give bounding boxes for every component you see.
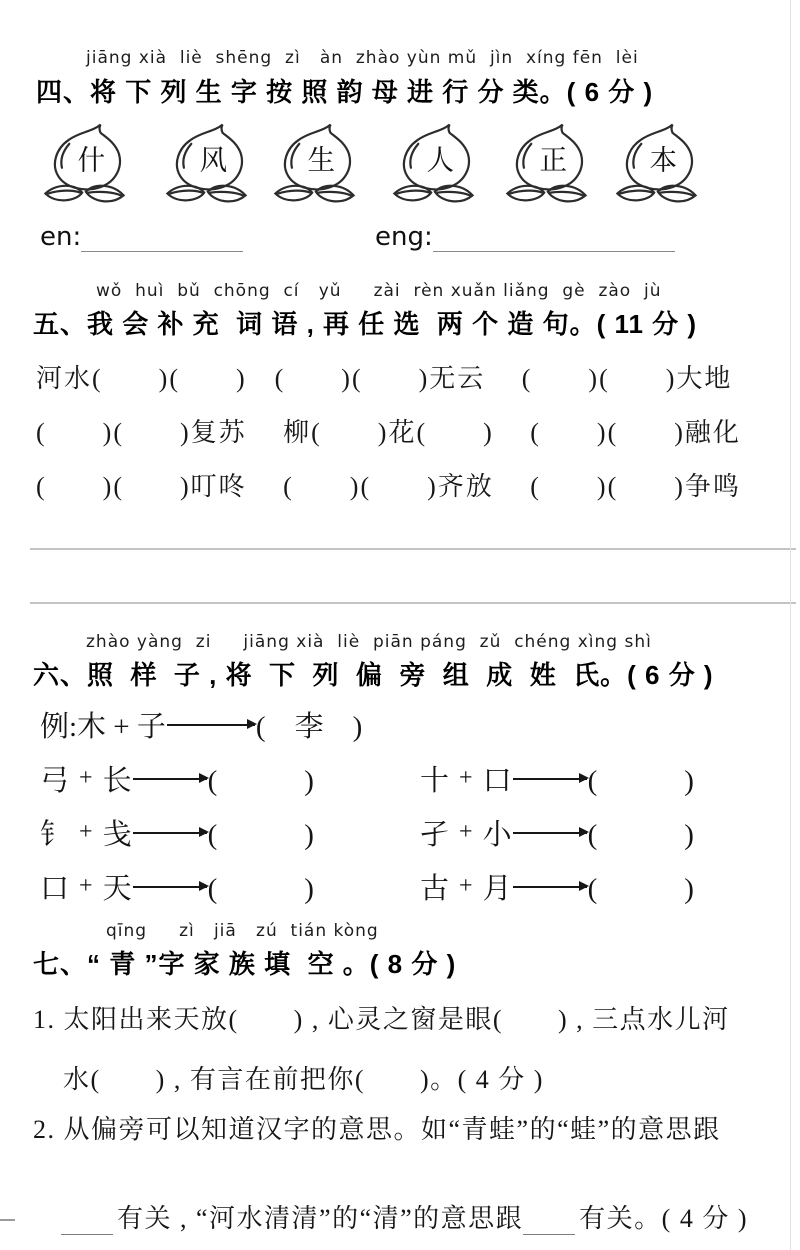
combo-item: 十+口( ) [420, 758, 694, 799]
eng-answer-row: eng: [375, 222, 675, 252]
arrow-icon [513, 778, 587, 780]
peach-row: 什 风 生 人 [0, 117, 800, 217]
arrow-icon [513, 886, 587, 888]
section5-row1: 河水( )( ) ( )( )无云 ( )( )大地 [36, 358, 732, 395]
arrow-icon [133, 832, 207, 834]
q7-item2-line2-end: 有关。( 4 分 ) [579, 1204, 748, 1233]
plus-sign: + [79, 873, 93, 900]
combo-item: 口+天( ) [40, 866, 314, 907]
plus-sign: + [79, 765, 93, 792]
radical-b: 小 [483, 812, 512, 853]
sentence-writing-line [30, 548, 796, 550]
example-prefix: 例:木 + 子 [40, 704, 166, 745]
radical-a: 口 [40, 866, 69, 907]
peach-shape-icon: 本 [610, 117, 702, 213]
section4-pinyin: jiāng xià liè shēng zì àn zhào yùn mǔ jì… [86, 48, 639, 68]
page-bottom-dash [0, 1219, 15, 1221]
en-label: en: [40, 222, 81, 252]
section5-title: 五、我 会 补 充 词 语 , 再 任 选 两 个 造 句。( 11 分 ) [33, 304, 697, 341]
arrow-icon [133, 778, 207, 780]
peach-shape-icon: 生 [268, 117, 360, 213]
peach-shape-icon: 风 [160, 117, 252, 213]
combo-item: 弓+长( ) [40, 758, 314, 799]
peach-shape-icon: 什 [38, 117, 130, 213]
arrow-icon [133, 886, 207, 888]
q7-item1-line1: 1. 太阳出来天放( ) , 心灵之窗是眼( ) , 三点水儿河 [33, 999, 730, 1036]
radical-a: 十 [420, 758, 449, 799]
q7-item2-line2-mid: 有关 , “河水清清”的“清”的意思跟 [117, 1204, 523, 1233]
peach-card: 什 [38, 117, 130, 213]
radical-b: 月 [483, 866, 512, 907]
en-answer-blank [81, 227, 243, 252]
peach-card: 正 [500, 117, 592, 213]
radical-b: 戋 [103, 812, 132, 853]
q7-item1-line2: 水( ) , 有言在前把你( )。( 4 分 ) [63, 1059, 544, 1096]
answer-paren-blank: ( ) [208, 758, 314, 799]
page-edge-line [790, 0, 791, 1250]
section4-title: 四、将 下 列 生 字 按 照 韵 母 进 行 分 类。( 6 分 ) [36, 72, 653, 109]
peach-char: 人 [427, 145, 455, 176]
answer-blank [523, 1208, 575, 1235]
answer-paren-blank: ( ) [588, 866, 694, 907]
section5-row2: ( )( )复苏 柳( )花( ) ( )( )融化 [36, 412, 741, 449]
worksheet-page: { "section4": { "pinyin": "jiāng xià liè… [0, 0, 800, 1250]
plus-sign: + [459, 873, 473, 900]
peach-char: 生 [308, 145, 336, 176]
answer-paren-blank: ( ) [208, 866, 314, 907]
answer-paren-blank: ( ) [208, 812, 314, 853]
peach-shape-icon: 正 [500, 117, 592, 213]
q7-item2-line2: 有关 , “河水清清”的“清”的意思跟有关。( 4 分 ) [45, 1168, 748, 1235]
sentence-writing-line [30, 602, 796, 604]
section5-row3: ( )( )叮咚 ( )( )齐放 ( )( )争鸣 [36, 466, 741, 503]
q7-item2-line1: 2. 从偏旁可以知道汉字的意思。如“青蛙”的“蛙”的意思跟 [33, 1109, 721, 1146]
example-result: ( 李 ) [256, 704, 362, 745]
peach-char: 什 [78, 145, 106, 176]
radical-a: 弓 [40, 758, 69, 799]
peach-char: 本 [650, 145, 678, 176]
peach-char: 风 [200, 145, 228, 176]
combo-item: 古+月( ) [420, 866, 694, 907]
eng-answer-blank [433, 227, 675, 252]
combo-item: 钅+戋( ) [40, 812, 314, 853]
plus-sign: + [459, 819, 473, 846]
radical-b: 口 [483, 758, 512, 799]
radical-a: 钅 [40, 812, 69, 853]
radical-b: 天 [103, 866, 132, 907]
arrow-icon [167, 724, 255, 726]
plus-sign: + [459, 765, 473, 792]
eng-label: eng: [375, 222, 433, 252]
section6-title: 六、照 样 子 , 将 下 列 偏 旁 组 成 姓 氏。( 6 分 ) [33, 655, 714, 692]
peach-card: 人 [387, 117, 479, 213]
arrow-icon [513, 832, 587, 834]
answer-blank [61, 1208, 113, 1235]
section6-example: 例:木 + 子( 李 ) [40, 704, 362, 745]
plus-sign: + [79, 819, 93, 846]
peach-card: 生 [268, 117, 360, 213]
section7-pinyin: qīng zì jiā zú tián kòng [106, 921, 379, 941]
radical-b: 长 [103, 758, 132, 799]
en-answer-row: en: [40, 222, 243, 252]
radical-a: 古 [420, 866, 449, 907]
peach-card: 风 [160, 117, 252, 213]
answer-paren-blank: ( ) [588, 812, 694, 853]
answer-paren-blank: ( ) [588, 758, 694, 799]
combo-item: 孑+小( ) [420, 812, 694, 853]
peach-card: 本 [610, 117, 702, 213]
peach-char: 正 [540, 145, 568, 176]
section5-pinyin: wǒ huì bǔ chōng cí yǔ zài rèn xuǎn liǎng… [96, 281, 662, 301]
section7-title: 七、“ 青 ”字 家 族 填 空 。( 8 分 ) [33, 944, 456, 981]
section6-pinyin: zhào yàng zi jiāng xià liè piān páng zǔ … [86, 632, 652, 652]
peach-shape-icon: 人 [387, 117, 479, 213]
radical-a: 孑 [420, 812, 449, 853]
